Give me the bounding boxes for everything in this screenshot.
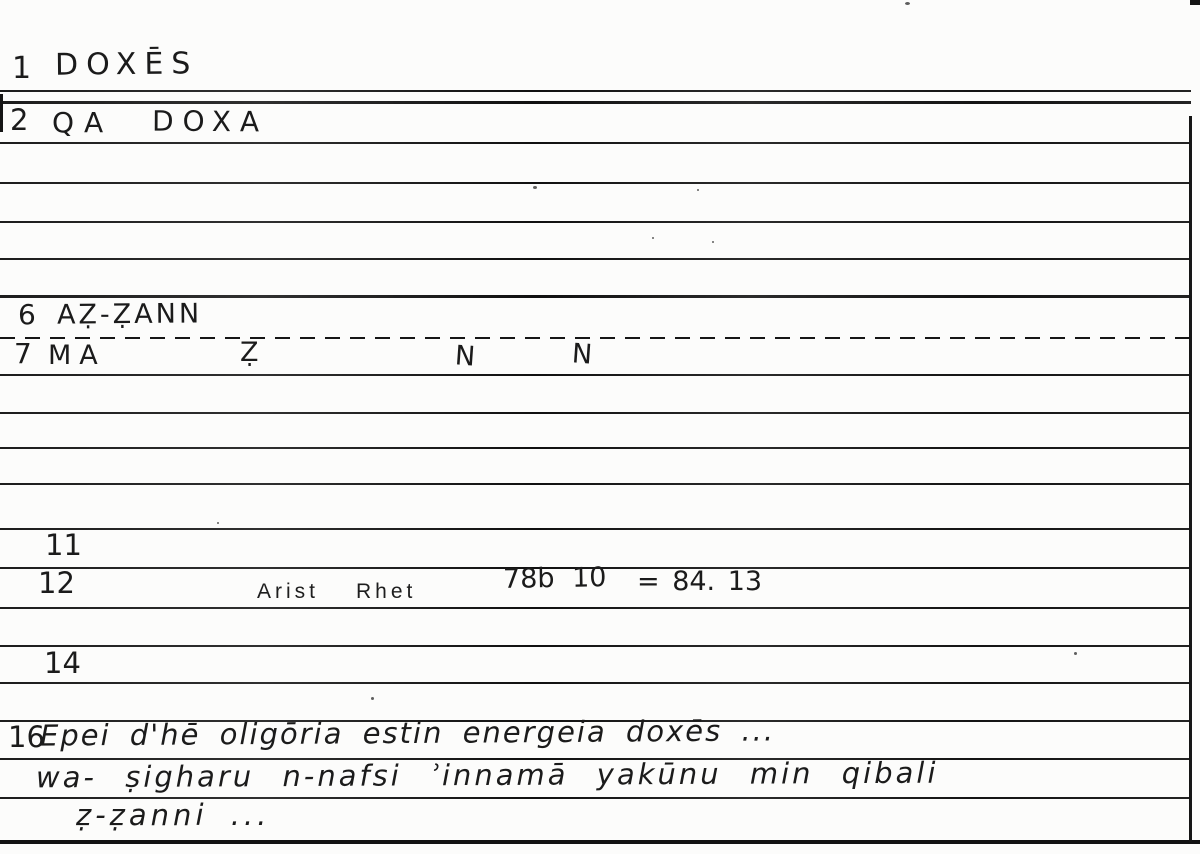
scan-speck xyxy=(371,697,374,700)
entry-2-number: 2 xyxy=(10,106,28,135)
entry-7-letter-n2: N xyxy=(571,340,593,368)
ruled-line xyxy=(0,90,1191,92)
scan-speck xyxy=(905,2,910,5)
scan-speck xyxy=(712,241,714,243)
ruled-line xyxy=(0,295,1191,298)
entry-12-equivalence: = 84. 13 xyxy=(637,568,762,595)
ruled-line xyxy=(0,483,1191,485)
scan-speck xyxy=(1074,652,1077,655)
scan-speck xyxy=(217,522,219,524)
ruled-line xyxy=(0,412,1191,414)
entry-1-headword: DOXĒS xyxy=(55,49,199,80)
entry-7-label: MA xyxy=(48,342,106,369)
arabic-quote-line-2: ẓ-ẓanni ... xyxy=(76,801,270,830)
entry-6-number: 6 xyxy=(18,301,36,329)
ruled-line xyxy=(0,682,1191,684)
ruled-line xyxy=(0,101,1191,104)
entry-12-reference: 78b 10 xyxy=(503,564,607,593)
ruled-line xyxy=(0,374,1191,376)
ruled-line-dashed xyxy=(0,337,1191,339)
entry-2-label: QA xyxy=(52,109,113,137)
card-bottom-border xyxy=(0,840,1200,844)
scan-corner-mark xyxy=(1190,0,1200,5)
ruled-line xyxy=(0,258,1191,260)
entry-11-number: 11 xyxy=(45,531,82,560)
scan-speck xyxy=(533,186,537,189)
card-left-edge-mark xyxy=(0,94,3,132)
entry-14-number: 14 xyxy=(44,649,81,678)
entry-6-headword: AẒ-ẒANN xyxy=(57,300,202,328)
entry-12-printed-author: Arist xyxy=(257,581,319,602)
ruled-line xyxy=(0,142,1191,144)
scan-speck xyxy=(652,237,654,239)
entry-2-headword: DOXA xyxy=(152,108,268,137)
ruled-line xyxy=(0,645,1191,647)
scan-speck xyxy=(697,189,699,191)
entry-12-printed-work: Rhet xyxy=(356,581,416,602)
card-right-border xyxy=(1189,116,1192,842)
entry-7-number: 7 xyxy=(14,340,32,368)
entry-12-number: 12 xyxy=(38,569,75,598)
ruled-line xyxy=(0,528,1191,530)
entry-1-number: 1 xyxy=(12,54,31,84)
ruled-line xyxy=(0,182,1191,184)
entry-16-greek-quote: Epei d'hē oligōria estin energeia doxēs … xyxy=(40,716,775,750)
entry-7-letter-n1: N xyxy=(454,342,476,370)
arabic-quote-line-1: wa- ṣigharu n-nafsi ʾinnamā yakūnu min q… xyxy=(36,759,939,793)
ruled-line xyxy=(0,447,1191,449)
entry-7-letter-z: Ẓ xyxy=(240,339,259,366)
ruled-line xyxy=(0,607,1191,609)
index-card-scan: 1 DOXĒS 2 QA DOXA 6 AẒ-ẒANN 7 MA Ẓ N N 1… xyxy=(0,0,1200,854)
ruled-line xyxy=(0,221,1191,223)
